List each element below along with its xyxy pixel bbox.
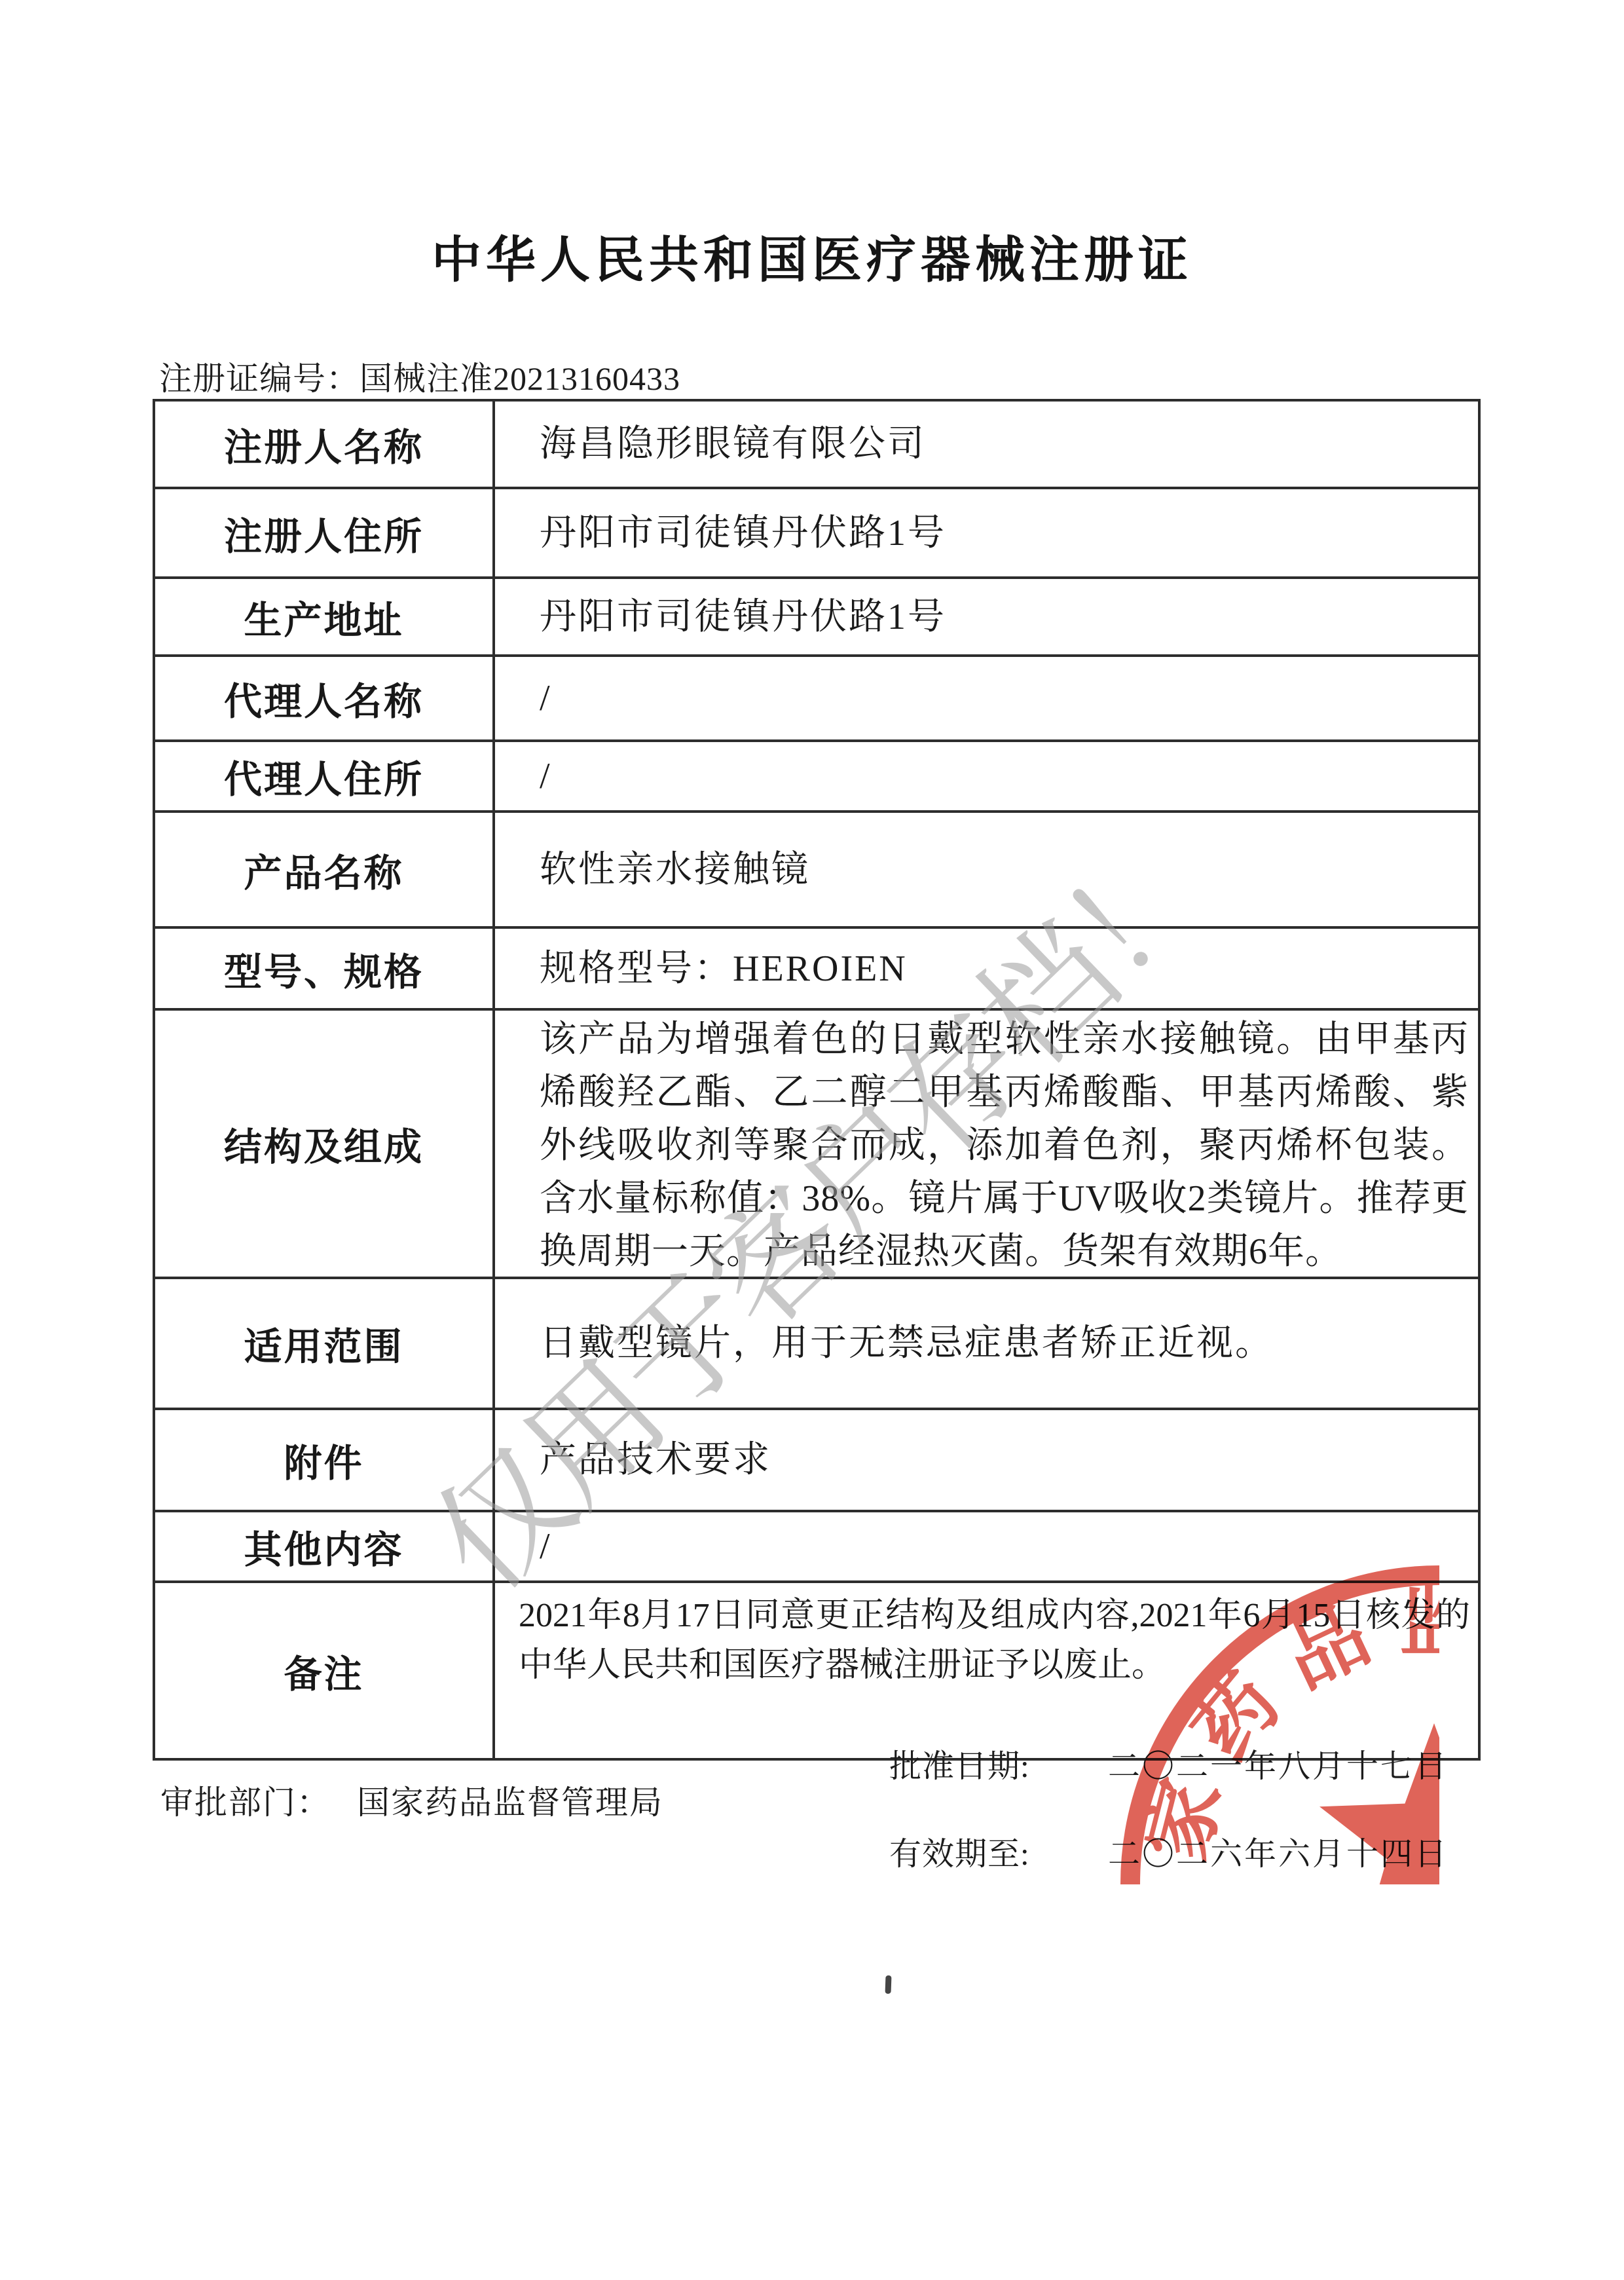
table-row: 注册人名称 海昌隐形眼镜有限公司 <box>155 402 1478 487</box>
row-label: 型号、规格 <box>155 929 495 1008</box>
row-label: 注册人住所 <box>155 489 495 576</box>
row-value: 产品技术要求 <box>495 1410 1478 1510</box>
row-value: / <box>495 657 1478 739</box>
table-row: 注册人住所 丹阳市司徒镇丹伏路1号 <box>155 487 1478 576</box>
row-label: 生产地址 <box>155 579 495 654</box>
row-value: 2021年8月17日同意更正结构及组成内容,2021年6月15日核发的中华人民共… <box>495 1583 1478 1758</box>
row-value: 日戴型镜片，用于无禁忌症患者矫正近视。 <box>495 1279 1478 1408</box>
valid-until-value: 二〇二六年六月十四日 <box>1108 1829 1449 1875</box>
approval-department-label: 审批部门： <box>160 1776 331 1823</box>
table-row: 生产地址 丹阳市司徒镇丹伏路1号 <box>155 576 1478 654</box>
table-row: 附件 产品技术要求 <box>155 1408 1478 1510</box>
table-row: 型号、规格 规格型号：HEROIEN <box>155 926 1478 1008</box>
approval-date-line: 批准日期: 二〇二一年八月十七日 <box>889 1741 1449 1787</box>
certificate-page: 中华人民共和国医疗器械注册证 注册证编号：国械注准20213160433 注册人… <box>0 0 1624 2280</box>
valid-until-label: 有效期至: <box>889 1829 1052 1875</box>
row-label: 结构及组成 <box>155 1011 495 1277</box>
approval-date-value: 二〇二一年八月十七日 <box>1108 1741 1449 1787</box>
table-row: 产品名称 软性亲水接触镜 <box>155 810 1478 926</box>
row-label: 备注 <box>155 1583 495 1758</box>
table-row: 适用范围 日戴型镜片，用于无禁忌症患者矫正近视。 <box>155 1277 1478 1408</box>
table-row: 代理人住所 / <box>155 739 1478 810</box>
approval-date-label: 批准日期: <box>889 1741 1052 1787</box>
row-label: 注册人名称 <box>155 402 495 487</box>
row-value: / <box>495 1512 1478 1580</box>
row-label: 代理人名称 <box>155 657 495 739</box>
row-value: 丹阳市司徒镇丹伏路1号 <box>495 489 1478 576</box>
approval-department-value: 国家药品监督管理局 <box>357 1776 663 1823</box>
document-title: 中华人民共和国医疗器械注册证 <box>0 220 1624 291</box>
approval-department-line: 审批部门： 国家药品监督管理局 <box>160 1776 663 1823</box>
row-label: 代理人住所 <box>155 742 495 810</box>
certificate-number: 注册证编号：国械注准20213160433 <box>159 352 680 400</box>
table-row: 结构及组成 该产品为增强着色的日戴型软性亲水接触镜。由甲基丙烯酸羟乙酯、乙二醇二… <box>155 1008 1478 1277</box>
row-value: 海昌隐形眼镜有限公司 <box>495 402 1478 487</box>
dates-block: 批准日期: 二〇二一年八月十七日 有效期至: 二〇二六年六月十四日 <box>889 1741 1449 1875</box>
table-row: 其他内容 / <box>155 1510 1478 1580</box>
scan-speck <box>885 1975 892 1994</box>
valid-until-line: 有效期至: 二〇二六年六月十四日 <box>889 1829 1449 1875</box>
row-value: 软性亲水接触镜 <box>495 813 1478 926</box>
row-label: 产品名称 <box>155 813 495 926</box>
row-value: / <box>495 742 1478 810</box>
row-label: 适用范围 <box>155 1279 495 1408</box>
row-value: 丹阳市司徒镇丹伏路1号 <box>495 579 1478 654</box>
table-row: 备注 2021年8月17日同意更正结构及组成内容,2021年6月15日核发的中华… <box>155 1580 1478 1758</box>
row-value: 规格型号：HEROIEN <box>495 929 1478 1008</box>
row-label: 其他内容 <box>155 1512 495 1580</box>
row-label: 附件 <box>155 1410 495 1510</box>
certificate-table: 注册人名称 海昌隐形眼镜有限公司 注册人住所 丹阳市司徒镇丹伏路1号 生产地址 … <box>153 399 1481 1761</box>
row-value: 该产品为增强着色的日戴型软性亲水接触镜。由甲基丙烯酸羟乙酯、乙二醇二甲基丙烯酸酯… <box>495 1011 1478 1277</box>
table-row: 代理人名称 / <box>155 654 1478 739</box>
